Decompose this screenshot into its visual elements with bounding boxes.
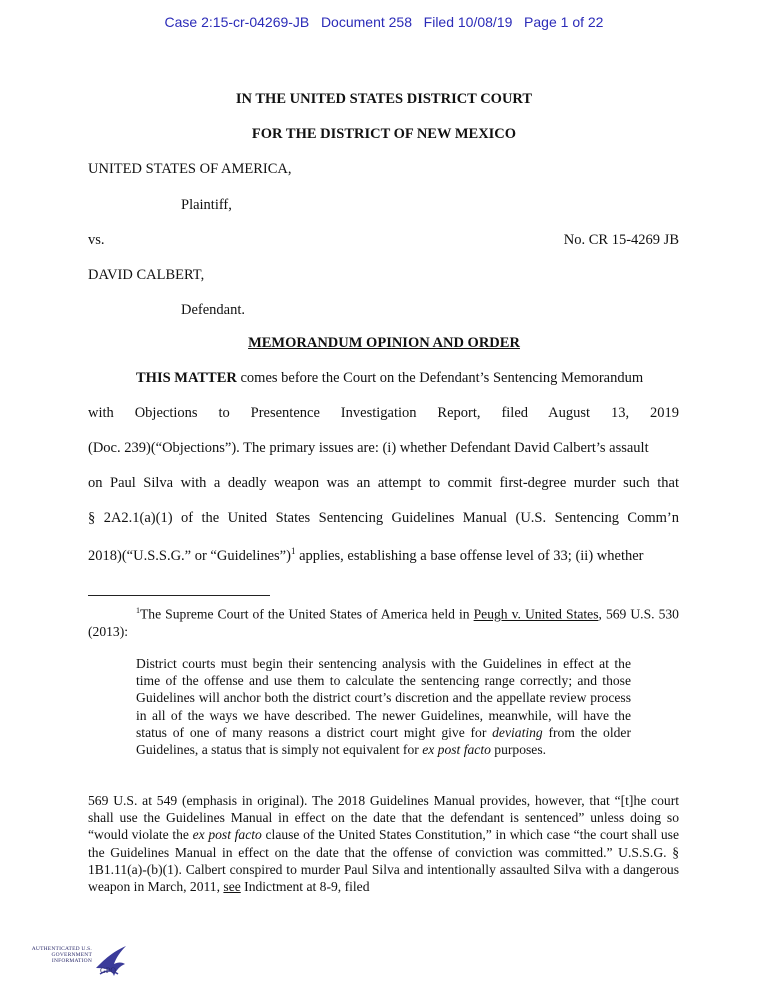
plaintiff-name: UNITED STATES OF AMERICA, xyxy=(88,161,291,178)
gpo-seal-text: AUTHENTICATED U.S. GOVERNMENT INFORMATIO… xyxy=(30,946,92,964)
footnote-1-intro: 1The Supreme Court of the United States … xyxy=(88,602,679,640)
body-line-6-b: applies, establishing a base offense lev… xyxy=(295,548,643,564)
court-name: IN THE UNITED STATES DISTRICT COURT xyxy=(0,91,768,108)
quote-italic-ex-post-facto: ex post facto xyxy=(422,742,491,757)
footnote-block-quote: District courts must begin their sentenc… xyxy=(136,655,631,758)
defendant-name: DAVID CALBERT, xyxy=(88,267,204,284)
gpo-authentication-seal: AUTHENTICATED U.S. GOVERNMENT INFORMATIO… xyxy=(30,940,140,985)
body-line-1-text: comes before the Court on the Defendant’… xyxy=(237,370,643,386)
document-title: MEMORANDUM OPINION AND ORDER xyxy=(0,335,768,352)
court-district: FOR THE DISTRICT OF NEW MEXICO xyxy=(0,126,768,143)
ecf-header-stamp: Case 2:15-cr-04269-JB Document 258 Filed… xyxy=(0,14,768,30)
versus: vs. xyxy=(88,232,105,249)
footnote-after-c: Indictment at 8-9, filed xyxy=(241,879,370,894)
body-line-1: THIS MATTER comes before the Court on th… xyxy=(136,370,679,387)
footnote-separator xyxy=(88,595,270,596)
footnote-italic-ex-post-facto: ex post facto xyxy=(193,827,262,842)
defendant-role: Defendant. xyxy=(181,302,245,319)
case-citation-peugh: Peugh v. United States xyxy=(474,607,599,622)
body-line-6: 2018)(“U.S.S.G.” or “Guidelines”)1 appli… xyxy=(88,546,679,565)
case-number: No. CR 15-4269 JB xyxy=(564,232,679,249)
gpo-mark: GPO xyxy=(100,966,116,975)
quote-italic-deviating: deviating xyxy=(492,725,543,740)
body-line-6-a: 2018)(“U.S.S.G.” or “Guidelines”) xyxy=(88,548,291,564)
footnote-1-continuation: 569 U.S. at 549 (emphasis in original). … xyxy=(88,792,679,895)
eagle-icon xyxy=(92,940,132,982)
quote-text-c: purposes. xyxy=(491,742,546,757)
plaintiff-role: Plaintiff, xyxy=(181,197,232,214)
body-line-4: on Paul Silva with a deadly weapon was a… xyxy=(88,475,679,492)
document-title-text: MEMORANDUM OPINION AND ORDER xyxy=(248,335,520,351)
this-matter-lead: THIS MATTER xyxy=(136,370,237,386)
body-line-3: (Doc. 239)(“Objections”). The primary is… xyxy=(88,440,679,457)
signal-see: see xyxy=(223,879,240,894)
body-line-5: § 2A2.1(a)(1) of the United States Sente… xyxy=(88,510,679,527)
footnote-intro-text: The Supreme Court of the United States o… xyxy=(140,607,474,622)
body-line-2: with Objections to Presentence Investiga… xyxy=(88,405,679,422)
